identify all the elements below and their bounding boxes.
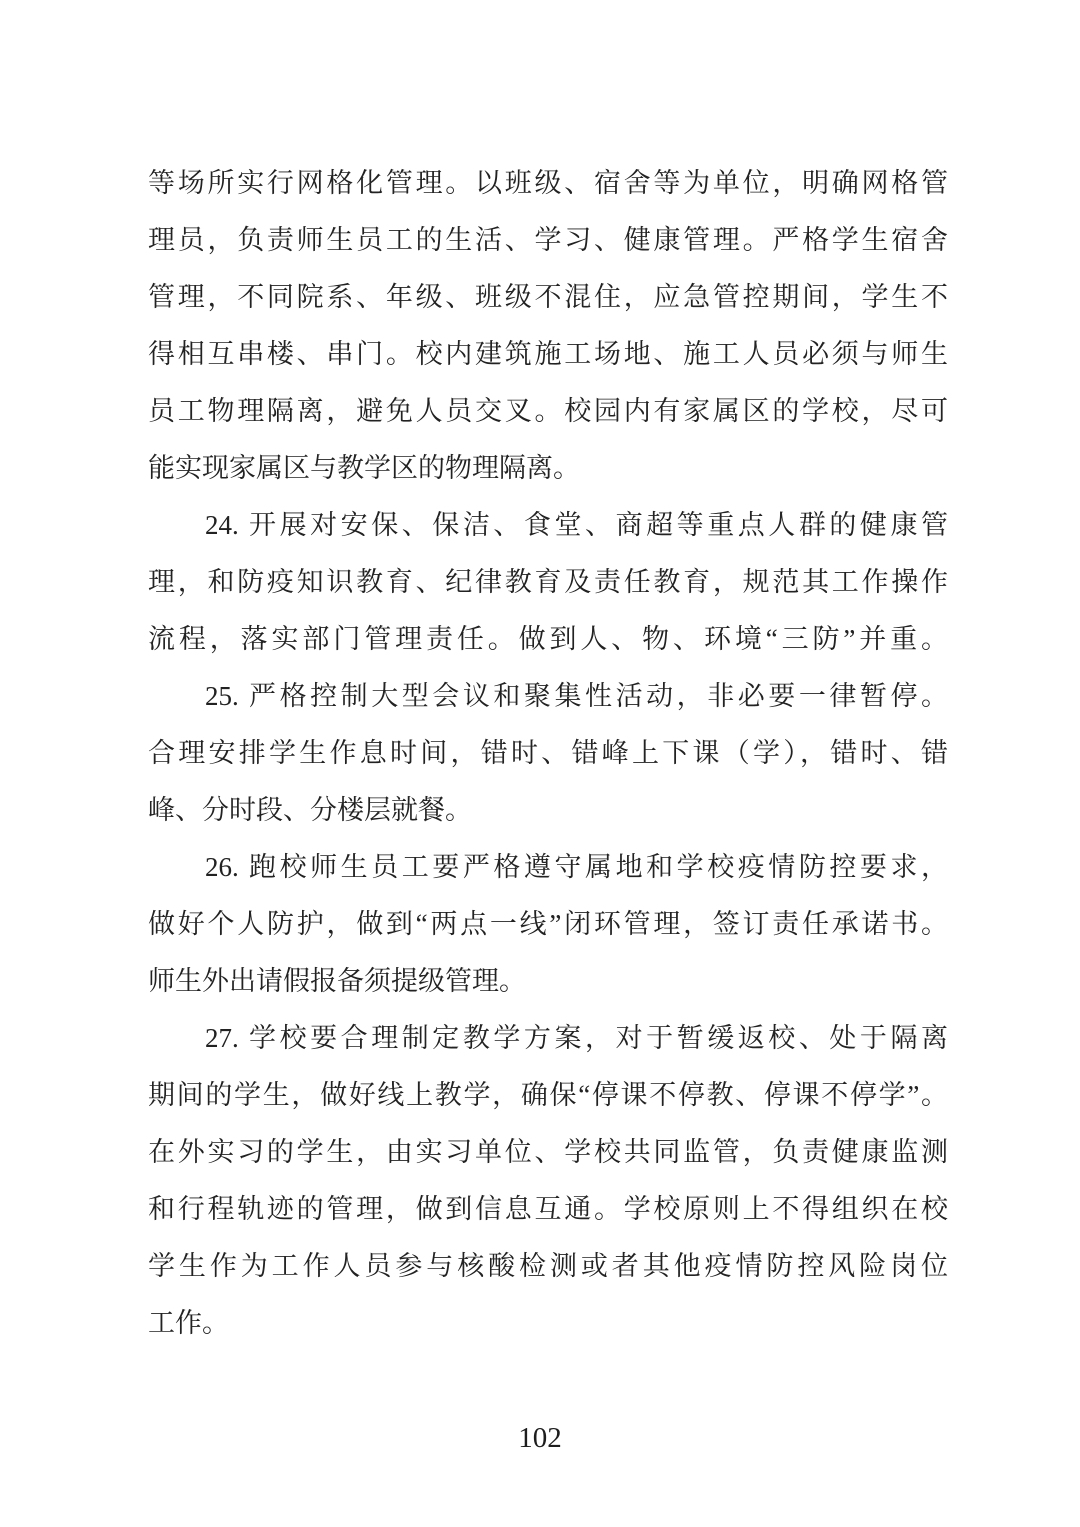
paragraph-item-27: 27. 学校要合理制定教学方案，对于暂缓返校、处于隔离 期间的学生，做好线上教学… bbox=[148, 1010, 948, 1352]
text-line: 工作。 bbox=[148, 1295, 948, 1352]
text-line: 流程，落实部门管理责任。做到人、物、环境“三防”并重。 bbox=[148, 611, 948, 668]
text-line: 能实现家属区与教学区的物理隔离。 bbox=[148, 440, 948, 497]
text-line: 27. 学校要合理制定教学方案，对于暂缓返校、处于隔离 bbox=[148, 1010, 948, 1067]
paragraph-item-24: 24. 开展对安保、保洁、食堂、商超等重点人群的健康管 理，和防疫知识教育、纪律… bbox=[148, 497, 948, 668]
text-line: 峰、分时段、分楼层就餐。 bbox=[148, 782, 948, 839]
text-line: 在外实习的学生，由实习单位、学校共同监管，负责健康监测 bbox=[148, 1124, 948, 1181]
page-number: 102 bbox=[0, 1418, 1080, 1458]
body-text: 等场所实行网格化管理。以班级、宿舍等为单位，明确网格管 理员，负责师生员工的生活… bbox=[148, 155, 948, 1352]
text-line: 24. 开展对安保、保洁、食堂、商超等重点人群的健康管 bbox=[148, 497, 948, 554]
text-line: 师生外出请假报备须提级管理。 bbox=[148, 953, 948, 1010]
text-line: 得相互串楼、串门。校内建筑施工场地、施工人员必须与师生 bbox=[148, 326, 948, 383]
text-line: 理员，负责师生员工的生活、学习、健康管理。严格学生宿舍 bbox=[148, 212, 948, 269]
text-line: 25. 严格控制大型会议和聚集性活动，非必要一律暂停。 bbox=[148, 668, 948, 725]
text-line: 等场所实行网格化管理。以班级、宿舍等为单位，明确网格管 bbox=[148, 155, 948, 212]
text-line: 合理安排学生作息时间，错时、错峰上下课（学），错时、错 bbox=[148, 725, 948, 782]
text-line: 期间的学生，做好线上教学，确保“停课不停教、停课不停学”。 bbox=[148, 1067, 948, 1124]
text-line: 管理，不同院系、年级、班级不混住，应急管控期间，学生不 bbox=[148, 269, 948, 326]
paragraph-item-26: 26. 跑校师生员工要严格遵守属地和学校疫情防控要求， 做好个人防护，做到“两点… bbox=[148, 839, 948, 1010]
text-line: 26. 跑校师生员工要严格遵守属地和学校疫情防控要求， bbox=[148, 839, 948, 896]
text-line: 学生作为工作人员参与核酸检测或者其他疫情防控风险岗位 bbox=[148, 1238, 948, 1295]
paragraph-item-25: 25. 严格控制大型会议和聚集性活动，非必要一律暂停。 合理安排学生作息时间，错… bbox=[148, 668, 948, 839]
text-line: 理，和防疫知识教育、纪律教育及责任教育，规范其工作操作 bbox=[148, 554, 948, 611]
text-line: 做好个人防护，做到“两点一线”闭环管理，签订责任承诺书。 bbox=[148, 896, 948, 953]
text-line: 员工物理隔离，避免人员交叉。校园内有家属区的学校，尽可 bbox=[148, 383, 948, 440]
document-page: 等场所实行网格化管理。以班级、宿舍等为单位，明确网格管 理员，负责师生员工的生活… bbox=[0, 0, 1080, 1527]
text-line: 和行程轨迹的管理，做到信息互通。学校原则上不得组织在校 bbox=[148, 1181, 948, 1238]
paragraph-continuation: 等场所实行网格化管理。以班级、宿舍等为单位，明确网格管 理员，负责师生员工的生活… bbox=[148, 155, 948, 497]
